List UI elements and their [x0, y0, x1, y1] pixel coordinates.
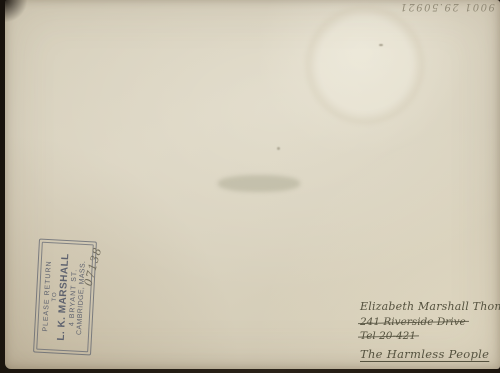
stamp-border: PLEASE RETURN TO L. K. MARSHALL 4 BRYANT… — [33, 239, 97, 356]
stain-mark — [305, 5, 425, 125]
speck-mark — [379, 44, 383, 46]
photo-verso-scan: 9001 29.50921 PLEASE RETURN TO L. K. MAR… — [0, 0, 500, 373]
return-address-stamp: PLEASE RETURN TO L. K. MARSHALL 4 BRYANT… — [36, 240, 94, 354]
author-name: Elizabeth Marshall Thomas — [360, 299, 500, 314]
crossed-out-address: 241 Riverside Drive — [360, 316, 466, 328]
photo-back-card: 9001 29.50921 PLEASE RETURN TO L. K. MAR… — [5, 0, 500, 369]
catalog-number-upside-down: 9001 29.50921 — [399, 1, 495, 12]
stamp-inner-border: PLEASE RETURN TO L. K. MARSHALL 4 BRYANT… — [36, 242, 94, 353]
speck-mark — [277, 147, 280, 150]
crossed-out-phone: Tel 20-421 — [360, 330, 416, 342]
adhesive-smudge — [218, 175, 300, 192]
corner-shadow — [5, 0, 27, 22]
handwritten-inscription: Elizabeth Marshall Thomas 241 Riverside … — [360, 299, 500, 362]
book-title: The Harmless People — [360, 347, 489, 361]
